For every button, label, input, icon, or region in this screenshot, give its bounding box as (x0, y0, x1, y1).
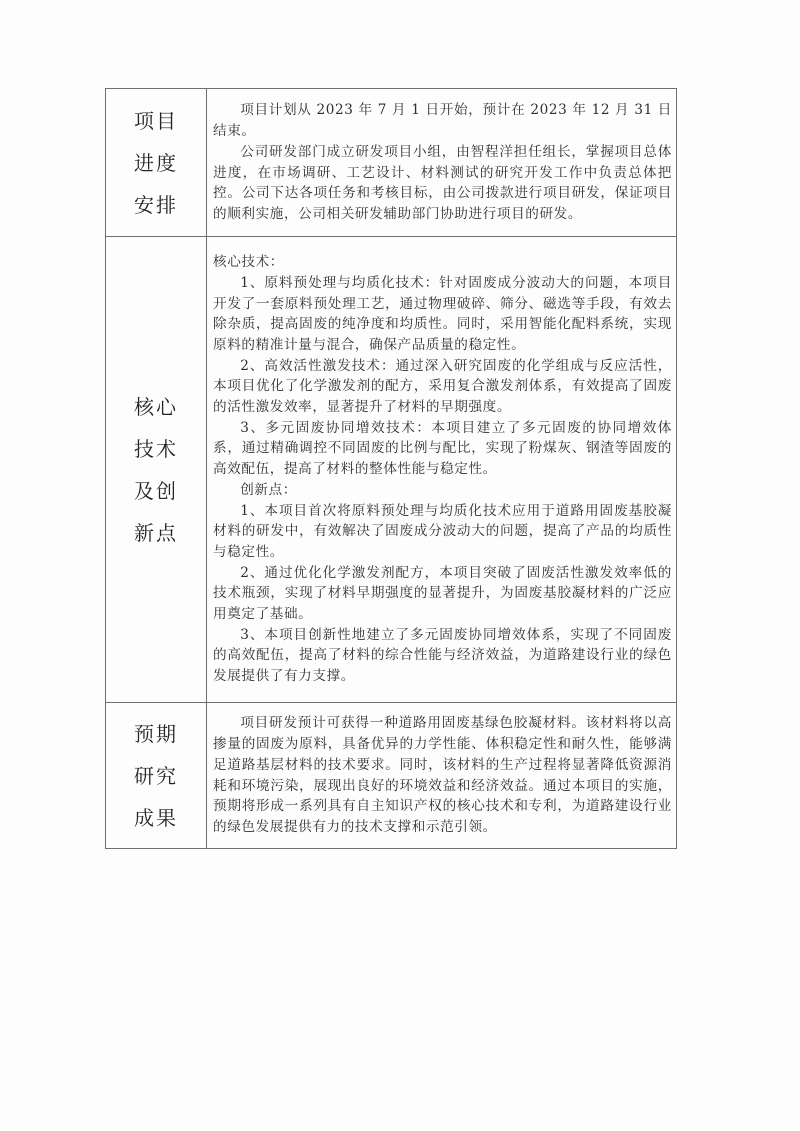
paragraph: 项目计划从 2023 年 7 月 1 日开始，预计在 2023 年 12 月 3… (213, 100, 672, 141)
section-heading-innovation: 创新点： (213, 480, 672, 501)
content-cell-expected-results: 项目研发预计可获得一种道路用固废基绿色胶凝材料。该材料将以高掺量的固废为原料，具… (207, 703, 677, 849)
row-label-line: 研究 (106, 766, 206, 786)
row-label-line: 安排 (106, 195, 206, 215)
row-label-line: 及创 (106, 481, 206, 501)
row-label-line: 成果 (106, 808, 206, 828)
content-cell-schedule: 项目计划从 2023 年 7 月 1 日开始，预计在 2023 年 12 月 3… (207, 89, 677, 237)
label-cell-schedule: 项目 进度 安排 (106, 89, 207, 237)
paragraph: 3、本项目创新性地建立了多元固废协同增效体系，实现了不同固废的高效配伍，提高了材… (213, 625, 672, 687)
paragraph: 1、本项目首次将原料预处理与均质化技术应用于道路用固废基胶凝材料的研发中，有效解… (213, 501, 672, 563)
row-label-line: 新点 (106, 523, 206, 543)
paragraph: 2、通过优化化学激发剂配方，本项目突破了固废活性激发效率低的技术瓶颈，实现了材料… (213, 563, 672, 625)
paragraph: 项目研发预计可获得一种道路用固废基绿色胶凝材料。该材料将以高掺量的固废为原料，具… (213, 713, 672, 837)
row-label-line: 项目 (106, 111, 206, 131)
table-row-schedule: 项目 进度 安排 项目计划从 2023 年 7 月 1 日开始，预计在 2023… (106, 89, 677, 237)
paragraph: 公司研发部门成立研发项目小组，由智程洋担任组长，掌握项目总体进度，在市场调研、工… (213, 142, 672, 225)
row-label-line: 技术 (106, 439, 206, 459)
table-row-expected-results: 预期 研究 成果 项目研发预计可获得一种道路用固废基绿色胶凝材料。该材料将以高掺… (106, 703, 677, 849)
label-cell-expected-results: 预期 研究 成果 (106, 703, 207, 849)
table-row-core-tech: 核心 技术 及创 新点 核心技术： 1、原料预处理与均质化技术：针对固废成分波动… (106, 237, 677, 703)
section-heading-core-tech: 核心技术： (213, 252, 672, 273)
content-cell-core-tech: 核心技术： 1、原料预处理与均质化技术：针对固废成分波动大的问题，本项目开发了一… (207, 237, 677, 703)
paragraph: 3、多元固废协同增效技术：本项目建立了多元固废的协同增效体系，通过精确调控不同固… (213, 418, 672, 480)
row-label-line: 核心 (106, 397, 206, 417)
paragraph: 1、原料预处理与均质化技术：针对固废成分波动大的问题，本项目开发了一套原料预处理… (213, 273, 672, 356)
row-label-line: 进度 (106, 153, 206, 173)
label-cell-core-tech: 核心 技术 及创 新点 (106, 237, 207, 703)
paragraph: 2、高效活性激发技术：通过深入研究固废的化学组成与反应活性，本项目优化了化学激发… (213, 356, 672, 418)
project-info-table: 项目 进度 安排 项目计划从 2023 年 7 月 1 日开始，预计在 2023… (105, 88, 677, 849)
row-label-line: 预期 (106, 724, 206, 744)
